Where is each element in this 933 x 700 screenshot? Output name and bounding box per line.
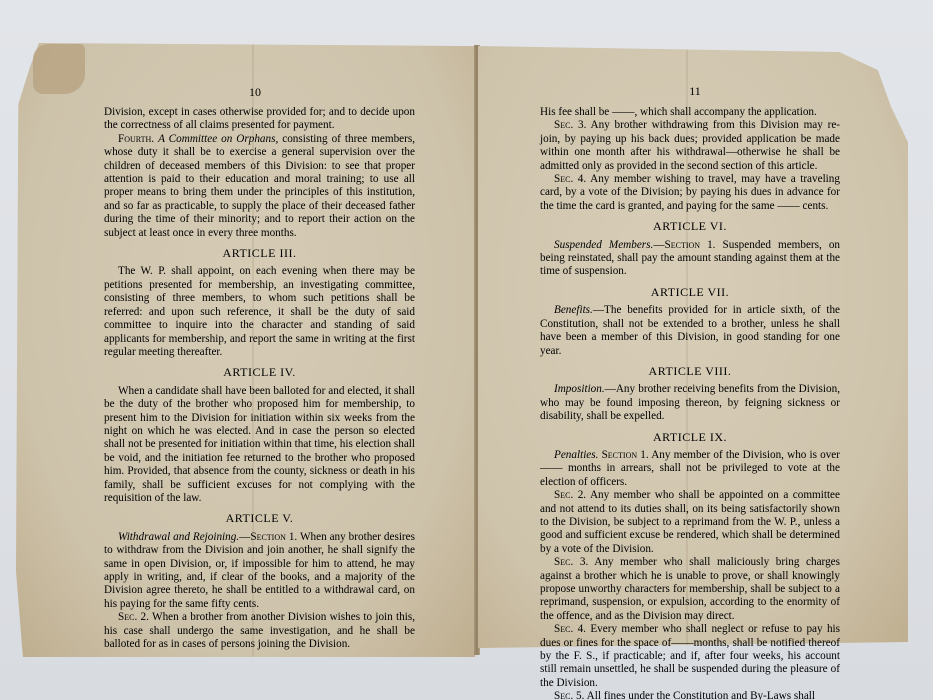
paragraph: His fee shall be ——, which shall accompa… [540, 106, 840, 119]
body-text: All fines under the Constitution and By-… [587, 690, 815, 700]
section-label: Sec. 4. [554, 173, 586, 185]
paragraph-sec2: Sec. 2. Any member who shall be appointe… [540, 489, 840, 556]
page-number-left: 10 [240, 85, 270, 100]
body-text: When a brother from another Division wis… [104, 611, 415, 650]
paragraph-sec3: Sec. 3. Any member who shall maliciously… [540, 556, 840, 623]
paragraph-penalties: Penalties. Section 1. Any member of the … [540, 449, 840, 489]
article-heading: ARTICLE III. [104, 247, 415, 260]
article-heading: ARTICLE V. [104, 512, 415, 525]
paragraph-imposition: Imposition.—Any brother receiving benefi… [540, 383, 840, 423]
paragraph: Division, except in cases otherwise prov… [104, 106, 415, 133]
paragraph-suspended: Suspended Members.—Section 1. Suspended … [540, 239, 840, 279]
section-label: Sec. 3. [554, 119, 586, 131]
italic-title: Penalties. [554, 449, 598, 461]
paragraph-sec5: Sec. 5. All fines under the Constitution… [540, 690, 840, 700]
left-page-text: Division, except in cases otherwise prov… [104, 106, 415, 651]
right-page-text: His fee shall be ——, which shall accompa… [540, 106, 840, 700]
article-heading: ARTICLE VIII. [540, 365, 840, 378]
italic-title: Benefits. [554, 304, 593, 316]
body-text: consisting of three members, whose duty … [104, 133, 415, 239]
paragraph: The W. P. shall appoint, on each evening… [104, 265, 415, 359]
paragraph-sec4: Sec. 4. Every member who shall neglect o… [540, 623, 840, 690]
section-label: —Section 1. [653, 239, 715, 251]
paragraph-benefits: Benefits.—The benefits provided for in a… [540, 304, 840, 358]
article-heading: ARTICLE IV. [104, 366, 415, 379]
section-label: Section 1. [602, 449, 649, 461]
torn-corner [33, 44, 85, 94]
section-label: Sec. 5. [554, 690, 584, 700]
paragraph-committee-orphans: Fourth. A Committee on Orphans, consisti… [104, 133, 415, 240]
section-label: Sec. 4. [554, 623, 586, 635]
lead-word: Fourth. [118, 133, 154, 145]
section-label: Sec. 3. [554, 556, 588, 568]
paragraph: When a candidate shall have been ballote… [104, 385, 415, 506]
italic-title: Withdrawal and Rejoining. [118, 531, 239, 543]
paragraph-sec2: Sec. 2. When a brother from another Divi… [104, 611, 415, 651]
section-label: Sec. 2. [118, 611, 149, 623]
page-number-right: 11 [680, 84, 710, 99]
italic-title: Imposition. [554, 383, 605, 395]
paragraph-withdrawal: Withdrawal and Rejoining.—Section 1. Whe… [104, 531, 415, 611]
paragraph-sec4: Sec. 4. Any member wishing to travel, ma… [540, 173, 840, 213]
italic-title: Suspended Members. [554, 239, 653, 251]
section-label: Sec. 2. [554, 489, 586, 501]
article-heading: ARTICLE VI. [540, 220, 840, 233]
paragraph-sec3: Sec. 3. Any brother withdrawing from thi… [540, 119, 840, 173]
article-heading: ARTICLE VII. [540, 286, 840, 299]
article-heading: ARTICLE IX. [540, 431, 840, 444]
section-label: —Section 1. [239, 531, 297, 543]
italic-title: A Committee on Orphans, [158, 133, 278, 145]
